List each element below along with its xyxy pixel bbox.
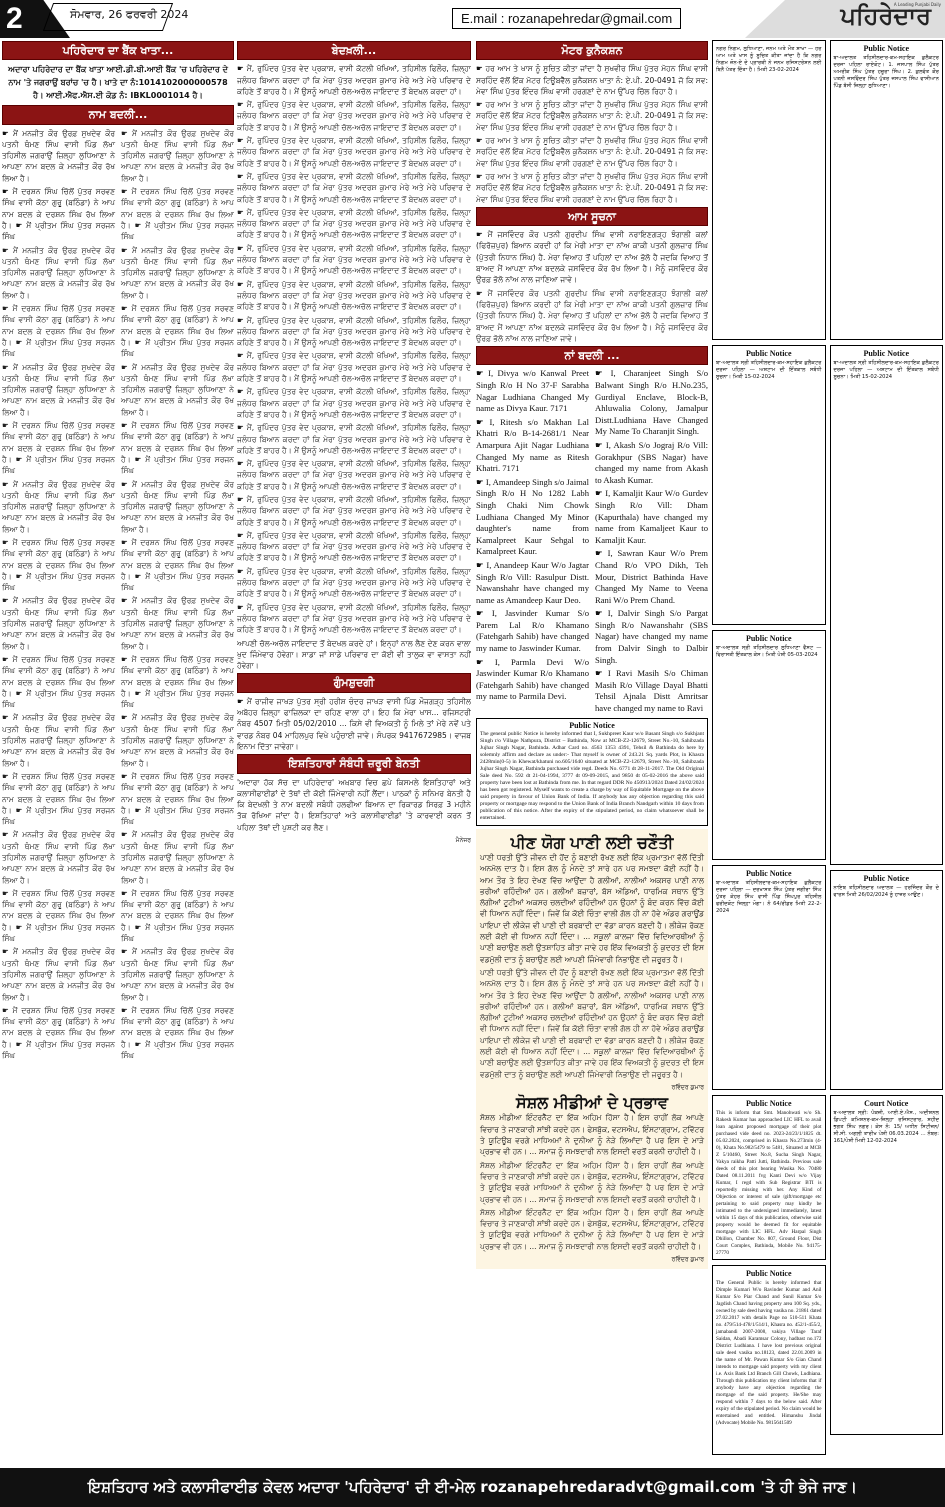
meter-connection-text: ☛ ਹਰ ਆਮ ਤੇ ਖਾਸ ਨੂੰ ਸੂਚਿਤ ਕੀਤਾ ਜਾਂਦਾ ਹੈ ਸ…	[476, 99, 708, 133]
meter-connection-text: ☛ ਹਰ ਆਮ ਤੇ ਖਾਸ ਨੂੰ ਸੂਚਿਤ ਕੀਤਾ ਜਾਂਦਾ ਹੈ ਸ…	[476, 63, 708, 97]
list-item: ☛ ਮੈਂ ਦਰਸ਼ਨ ਸਿੰਘ ਚਿੱਲੋਂ ਪੁੱਤਰ ਸਰਵਣ ਸਿੰਘ …	[2, 186, 115, 242]
ads-request-heading: ਇਸ਼ਤਿਹਾਰਾਂ ਸੰਬੰਧੀ ਜ਼ਰੂਰੀ ਬੇਨਤੀ	[237, 754, 471, 773]
eviction-heading: ਬੇਦਖ਼ਲੀ...	[237, 41, 471, 60]
public-info-heading: ਆਮ ਸੂਚਨਾ	[476, 207, 708, 226]
bank-account-heading: ਪਹਿਰੇਦਾਰ ਦਾ ਬੈਂਕ ਖਾਤਾ...	[2, 41, 234, 60]
eviction-notice: ☛ ਮੈਂ, ਰੁਪਿੰਦਰ ਪੁੱਤਰ ਵੇਦ ਪ੍ਰਕਾਸ਼, ਵਾਸੀ ਕ…	[237, 99, 471, 133]
list-item: ☛ I, Akash S/o Jograj R/o Vill: Gorakhpu…	[595, 440, 708, 486]
list-item: ☛ ਮੈਂ ਮਨਜੀਤ ਕੌਰ ਉਰਫ਼ ਸੁਖਦੇਵ ਕੌਰ ਪਤਨੀ ਥੰਮ…	[2, 479, 115, 535]
eviction-notice: ☛ ਮੈਂ, ਰੁਪਿੰਦਰ ਪੁੱਤਰ ਵੇਦ ਪ੍ਰਕਾਸ਼, ਵਾਸੀ ਕ…	[237, 494, 471, 528]
eviction-notice: ☛ ਮੈਂ, ਰੁਪਿੰਦਰ ਪੁੱਤਰ ਵੇਦ ਪ੍ਰਕਾਸ਼, ਵਾਸੀ ਕ…	[237, 279, 471, 313]
article-author: ਰਵਿੰਦਰ ਕੁਮਾਰ	[480, 1082, 704, 1093]
bank-account-text: ਅਦਾਰਾ ਪਹਿਰੇਦਾਰ ਦਾ ਬੈਂਕ ਖਾਤਾ ਆਈ.ਡੀ.ਬੀ.ਆਈ …	[2, 63, 234, 102]
list-item: ☛ ਮੈਂ ਮਨਜੀਤ ਕੌਰ ਉਰਫ਼ ਸੁਖਦੇਵ ਕੌਰ ਪਤਨੀ ਥੰਮ…	[2, 245, 115, 301]
contact-email: E.mail : rozanapehredar@gmail.com	[452, 8, 681, 29]
article-body: ਪਾਣੀ ਧਰਤੀ ਉੱਤੇ ਜੀਵਨ ਦੀ ਹੋਂਦ ਨੂੰ ਬਣਾਈ ਰੱਖ…	[480, 852, 704, 965]
column-3: ਮੋਟਰ ਕੁਨੈਕਸ਼ਨ ☛ ਹਰ ਆਮ ਤੇ ਖਾਸ ਨੂੰ ਸੂਚਿਤ ਕ…	[476, 40, 708, 1460]
notice-box: Public Noticeਬਾ-ਅਦਾਲਤ ਤਹਿਸੀਲਦਾਰ-ਕਮ-ਸਹਾਇਕ…	[830, 40, 944, 340]
list-item: ☛ ਮੈਂ ਦਰਸ਼ਨ ਸਿੰਘ ਚਿੱਲੋਂ ਪੁੱਤਰ ਸਰਵਣ ਸਿੰਘ …	[2, 888, 115, 944]
notices-left: ਨਗਰ ਨਿਗਮ, ਲੁਧਿਆਣਾ, ਜਨਮ ਅਤੇ ਮੌਤ ਸ਼ਾਖਾ — ਹ…	[712, 40, 826, 1460]
ads-request-signature: ਮੈਨੇਜਰ	[237, 835, 471, 846]
list-item: ☛ I, Anandeep Kaur W/o Jagtar Singh R/o …	[476, 560, 589, 606]
article-author: ਰਵਿੰਦਰ ਕੁਮਾਰ	[480, 1254, 704, 1265]
list-item: ☛ ਮੈਂ ਦਰਸ਼ਨ ਸਿੰਘ ਚਿੱਲੋਂ ਪੁੱਤਰ ਸਰਵਣ ਸਿੰਘ …	[121, 303, 234, 359]
public-info-text: ☛ ਮੈਂ ਜਸਵਿੰਦਰ ਕੌਰ ਪਤਨੀ ਗੁਰਦੀਪ ਸਿੰਘ ਵਾਸੀ …	[476, 288, 708, 344]
list-item: ☛ ਮੈਂ ਦਰਸ਼ਨ ਸਿੰਘ ਚਿੱਲੋਂ ਪੁੱਤਰ ਸਰਵਣ ਸਿੰਘ …	[121, 420, 234, 476]
notice-box: ਨਗਰ ਨਿਗਮ, ਲੁਧਿਆਣਾ, ਜਨਮ ਅਤੇ ਮੌਤ ਸ਼ਾਖਾ — ਹ…	[712, 40, 826, 340]
list-item: ☛ ਮੈਂ ਮਨਜੀਤ ਕੌਰ ਉਰਫ਼ ਸੁਖਦੇਵ ਕੌਰ ਪਤਨੀ ਥੰਮ…	[121, 128, 234, 184]
list-item: ☛ I, Amandeep Singh s/o Jaimal Singh R/o…	[476, 477, 589, 558]
list-item: ☛ ਮੈਂ ਦਰਸ਼ਨ ਸਿੰਘ ਚਿੱਲੋਂ ਪੁੱਤਰ ਸਰਵਣ ਸਿੰਘ …	[2, 420, 115, 476]
newspaper-logo: ਪਹਿਰੇਦਾਰ A Leading Punjabi Daily	[745, 0, 945, 38]
court-notice-box: Court Noticeਬ-ਅਦਾਲਤ ਸ੍ਰੀ: ਪੰਕਜ਼ੀ, ਆਈ.ਏ.ਐ…	[830, 1095, 944, 1435]
list-item: ☛ I, Jasvinder Kumar S/o Parem Lal R/o K…	[476, 608, 589, 654]
list-item: ☛ I, Parmla Devi W/o Jaswinder Kumar R/o…	[476, 657, 589, 703]
list-item: ☛ ਮੈਂ ਮਨਜੀਤ ਕੌਰ ਉਰਫ਼ ਸੁਖਦੇਵ ਕੌਰ ਪਤਨੀ ਥੰਮ…	[121, 946, 234, 1002]
eviction-notice: ☛ ਮੈਂ, ਰੁਪਿੰਦਰ ਪੁੱਤਰ ਵੇਦ ਪ੍ਰਕਾਸ਼, ਵਾਸੀ ਕ…	[237, 350, 471, 384]
eviction-notice: ☛ ਮੈਂ, ਰੁਪਿੰਦਰ ਪੁੱਤਰ ਵੇਦ ਪ੍ਰਕਾਸ਼, ਵਾਸੀ ਕ…	[237, 386, 471, 420]
ads-request-text: 'ਅਦਾਰਾ ਹੱਕ ਸੱਚ ਦਾ ਪਹਿਰੇਦਾਰ' ਅਖ਼ਬਾਰ ਵਿਚ ਛ…	[237, 777, 471, 833]
list-item: ☛ ਮੈਂ ਮਨਜੀਤ ਕੌਰ ਉਰਫ਼ ਸੁਖਦੇਵ ਕੌਰ ਪਤਨੀ ਥੰਮ…	[2, 712, 115, 768]
meter-connection-text: ☛ ਹਰ ਆਮ ਤੇ ਖਾਸ ਨੂੰ ਸੂਚਿਤ ਕੀਤਾ ਜਾਂਦਾ ਹੈ ਸ…	[476, 135, 708, 169]
list-item: ☛ ਮੈਂ ਮਨਜੀਤ ਕੌਰ ਉਰਫ਼ ਸੁਖਦੇਵ ਕੌਰ ਪਤਨੀ ਥੰਮ…	[2, 829, 115, 885]
column-2: ਬੇਦਖ਼ਲੀ... ☛ ਮੈਂ, ਰੁਪਿੰਦਰ ਪੁੱਤਰ ਵੇਦ ਪ੍ਰਕ…	[237, 40, 471, 1460]
meter-connection-heading: ਮੋਟਰ ਕੁਨੈਕਸ਼ਨ	[476, 41, 708, 60]
eviction-notice: ☛ ਮੈਂ, ਰੁਪਿੰਦਰ ਪੁੱਤਰ ਵੇਦ ਪ੍ਰਕਾਸ਼, ਵਾਸੀ ਕ…	[237, 458, 471, 492]
notice-box: Public Noticeਬਾ-ਅਦਾਲਤ ਸ੍ਰੀ ਤਹਿਸੀਲਦਾਰ ਲੁਧ…	[712, 630, 826, 860]
list-item: ☛ I, Kamaljit Kaur W/o Gurdev Singh R/o …	[595, 488, 708, 546]
eviction-notice: ☛ ਮੈਂ, ਰੁਪਿੰਦਰ ਪੁੱਤਰ ਵੇਦ ਪ੍ਰਕਾਸ਼, ਵਾਸੀ ਕ…	[237, 135, 471, 169]
list-item: ☛ I, Ritesh s/o Makhan Lal Khatri R/o B-…	[476, 417, 589, 475]
list-item: ☛ I Ravi Masih S/o Chiman Masih R/o Vill…	[595, 668, 708, 714]
list-item: ☛ ਮੈਂ ਦਰਸ਼ਨ ਸਿੰਘ ਚਿੱਲੋਂ ਪੁੱਤਰ ਸਰਵਣ ਸਿੰਘ …	[121, 1005, 234, 1061]
list-item: ☛ ਮੈਂ ਮਨਜੀਤ ਕੌਰ ਉਰਫ਼ ਸੁਖਦੇਵ ਕੌਰ ਪਤਨੀ ਥੰਮ…	[121, 595, 234, 651]
list-item: ☛ ਮੈਂ ਮਨਜੀਤ ਕੌਰ ਉਰਫ਼ ਸੁਖਦੇਵ ਕੌਰ ਪਤਨੀ ਥੰਮ…	[2, 595, 115, 651]
public-notice-box: Public Notice The general public Notice …	[476, 718, 708, 826]
missing-notice: ☛ ਮੈਂ ਰਾਜੀਵ ਜਾਖੜ ਪੁੱਤਰ ਸ੍ਰੀ ਹਰੀਸ਼ ਚੰਦਰ ਜ…	[237, 696, 471, 752]
list-item: ☛ ਮੈਂ ਮਨਜੀਤ ਕੌਰ ਉਰਫ਼ ਸੁਖਦੇਵ ਕੌਰ ਪਤਨੀ ਥੰਮ…	[121, 245, 234, 301]
article-title: ਪੀਣ ਯੋਗ ਪਾਣੀ ਲਈ ਚਣੌਤੀ	[480, 837, 704, 848]
notice-box: Public Noticeਬਾ-ਅਦਾਲਤ ਸ੍ਰੀ ਤਹਿਸੀਲਦਾਰ-ਕਮ-…	[712, 345, 826, 625]
list-item: ☛ ਮੈਂ ਦਰਸ਼ਨ ਸਿੰਘ ਚਿੱਲੋਂ ਪੁੱਤਰ ਸਰਵਣ ਸਿੰਘ …	[2, 654, 115, 710]
list-item: ☛ ਮੈਂ ਦਰਸ਼ਨ ਸਿੰਘ ਚਿੱਲੋਂ ਪੁੱਤਰ ਸਰਵਣ ਸਿੰਘ …	[2, 303, 115, 359]
article-title: ਸੋਸ਼ਲ ਮੀਡੀਆਂ ਦੇ ਪ੍ਰਭਾਵ	[480, 1097, 704, 1108]
eviction-notice: ☛ ਮੈਂ, ਰੁਪਿੰਦਰ ਪੁੱਤਰ ਵੇਦ ਪ੍ਰਕਾਸ਼, ਵਾਸੀ ਕ…	[237, 566, 471, 600]
eviction-notice: ☛ ਮੈਂ, ਰੁਪਿੰਦਰ ਪੁੱਤਰ ਵੇਦ ਪ੍ਰਕਾਸ਼, ਵਾਸੀ ਕ…	[237, 207, 471, 241]
list-item: ☛ ਮੈਂ ਮਨਜੀਤ ਕੌਰ ਉਰਫ਼ ਸੁਖਦੇਵ ਕੌਰ ਪਤਨੀ ਥੰਮ…	[121, 362, 234, 418]
masthead: 2 ਸੋਮਵਾਰ, 26 ਫਰਵਰੀ 2024 E.mail : rozanap…	[0, 0, 945, 38]
eviction-notice: ☛ ਮੈਂ, ਰੁਪਿੰਦਰ ਪੁੱਤਰ ਵੇਦ ਪ੍ਰਕਾਸ਼, ਵਾਸੀ ਕ…	[237, 530, 471, 564]
column-1: ਪਹਿਰੇਦਾਰ ਦਾ ਬੈਂਕ ਖਾਤਾ... ਅਦਾਰਾ ਪਹਿਰੇਦਾਰ …	[2, 40, 234, 1460]
article-body: ਸੋਸ਼ਲ ਮੀਡੀਆ ਇੰਟਰਨੈੱਟ ਦਾ ਇੱਕ ਅਹਿਮ ਹਿੱਸਾ ਹ…	[480, 1112, 704, 1157]
list-item: ☛ I, Dalvir Singh S/o Pargat Singh R/o N…	[595, 608, 708, 666]
list-item: ☛ ਮੈਂ ਮਨਜੀਤ ਕੌਰ ਉਰਫ਼ ਸੁਖਦੇਵ ਕੌਰ ਪਤਨੀ ਥੰਮ…	[2, 128, 115, 184]
eviction-notice: ☛ ਮੈਂ, ਰੁਪਿੰਦਰ ਪੁੱਤਰ ਵੇਦ ਪ੍ਰਕਾਸ਼, ਵਾਸੀ ਕ…	[237, 63, 471, 97]
column-4: ਨਗਰ ਨਿਗਮ, ਲੁਧਿਆਣਾ, ਜਨਮ ਅਤੇ ਮੌਤ ਸ਼ਾਖਾ — ਹ…	[712, 40, 943, 1460]
list-item: ☛ ਮੈਂ ਦਰਸ਼ਨ ਸਿੰਘ ਚਿੱਲੋਂ ਪੁੱਤਰ ਸਰਵਣ ਸਿੰਘ …	[121, 888, 234, 944]
name-change-en-list: ☛ I, Divya w/o Kanwal Preet Singh R/o H …	[476, 368, 708, 714]
article-body: ਪਾਣੀ ਧਰਤੀ ਉੱਤੇ ਜੀਵਨ ਦੀ ਹੋਂਦ ਨੂੰ ਬਣਾਈ ਰੱਖ…	[480, 967, 704, 1080]
list-item: ☛ ਮੈਂ ਦਰਸ਼ਨ ਸਿੰਘ ਚਿੱਲੋਂ ਪੁੱਤਰ ਸਰਵਣ ਸਿੰਘ …	[121, 654, 234, 710]
list-item: ☛ ਮੈਂ ਦਰਸ਼ਨ ਸਿੰਘ ਚਿੱਲੋਂ ਪੁੱਤਰ ਸਰਵਣ ਸਿੰਘ …	[2, 771, 115, 827]
public-info-text: ☛ ਮੈਂ ਜਸਵਿੰਦਰ ਕੌਰ ਪਤਨੀ ਗੁਰਦੀਪ ਸਿੰਘ ਵਾਸੀ …	[476, 229, 708, 285]
list-item: ☛ ਮੈਂ ਮਨਜੀਤ ਕੌਰ ਉਰਫ਼ ਸੁਖਦੇਵ ਕੌਰ ਪਤਨੀ ਥੰਮ…	[2, 362, 115, 418]
article-body: ਸੋਸ਼ਲ ਮੀਡੀਆ ਇੰਟਰਨੈੱਟ ਦਾ ਇੱਕ ਅਹਿਮ ਹਿੱਸਾ ਹ…	[480, 1207, 704, 1252]
notice-box: Public NoticeThis is inform that Smt. Ma…	[712, 1095, 826, 1260]
logo-tagline: A Leading Punjabi Daily	[894, 2, 941, 7]
list-item: ☛ ਮੈਂ ਮਨਜੀਤ ਕੌਰ ਉਰਫ਼ ਸੁਖਦੇਵ ਕੌਰ ਪਤਨੀ ਥੰਮ…	[2, 946, 115, 1002]
name-change-heading: ਨਾਮ ਬਦਲੀ...	[2, 105, 234, 124]
notice-box: Public Noticeਬਾ-ਅਦਾਲਤ ਸ੍ਰੀ ਤਹਿਸੀਲਦਾਰ-ਕਮ-…	[830, 345, 944, 865]
meter-connection-text: ☛ ਹਰ ਆਮ ਤੇ ਖਾਸ ਨੂੰ ਸੂਚਿਤ ਕੀਤਾ ਜਾਂਦਾ ਹੈ ਸ…	[476, 171, 708, 205]
article-drinking-water: ਪੀਣ ਯੋਗ ਪਾਣੀ ਲਈ ਚਣੌਤੀ ਪਾਣੀ ਧਰਤੀ ਉੱਤੇ ਜੀਵ…	[476, 829, 708, 1270]
list-item: ☛ ਮੈਂ ਮਨਜੀਤ ਕੌਰ ਉਰਫ਼ ਸੁਖਦੇਵ ਕੌਰ ਪਤਨੀ ਥੰਮ…	[121, 712, 234, 768]
list-item: ☛ ਮੈਂ ਦਰਸ਼ਨ ਸਿੰਘ ਚਿੱਲੋਂ ਪੁੱਤਰ ਸਰਵਣ ਸਿੰਘ …	[2, 537, 115, 593]
notice-box: Public Noticeਬਾ-ਅਦਾਲਤ ਤਹਿਸੀਲਦਾਰ-ਕਮ-ਸਹਾਇਕ…	[712, 865, 826, 1090]
list-item: ☛ I, Divya w/o Kanwal Preet Singh R/o H …	[476, 368, 589, 414]
list-item: ☛ ਮੈਂ ਦਰਸ਼ਨ ਸਿੰਘ ਚਿੱਲੋਂ ਪੁੱਤਰ ਸਰਵਣ ਸਿੰਘ …	[2, 1005, 115, 1061]
footer-banner: ਇਸ਼ਤਿਹਾਰ ਅਤੇ ਕਲਾਸੀਫਾਈਡ ਕੇਵਲ ਅਦਾਰਾ 'ਪਹਿਰੇ…	[0, 1468, 945, 1507]
article-body: ਸੋਸ਼ਲ ਮੀਡੀਆ ਇੰਟਰਨੈੱਟ ਦਾ ਇੱਕ ਅਹਿਮ ਹਿੱਸਾ ਹ…	[480, 1160, 704, 1205]
eviction-notice: ☛ ਮੈਂ, ਰੁਪਿੰਦਰ ਪੁੱਤਰ ਵੇਦ ਪ੍ਰਕਾਸ਼, ਵਾਸੀ ਕ…	[237, 422, 471, 456]
notice-box: Public Noticeਨਾਇਬ ਤਹਿਸੀਲਦਾਰ ਅਦਾਲਤ — ਹਰਜਿ…	[830, 870, 944, 1090]
eviction-notice: ☛ ਮੈਂ, ਰੁਪਿੰਦਰ ਪੁੱਤਰ ਵੇਦ ਪ੍ਰਕਾਸ਼, ਵਾਸੀ ਕ…	[237, 315, 471, 349]
list-item: ☛ I, Sawran Kaur W/o Prem Chand R/o VPO …	[595, 548, 708, 606]
public-notice-title: Public Notice	[480, 722, 704, 729]
missing-heading: ਗੁੰਮਸ਼ੁਦਗੀ	[237, 673, 471, 692]
issue-date: ਸੋਮਵਾਰ, 26 ਫਰਵਰੀ 2024	[70, 8, 188, 22]
list-item: ☛ I, Charanjeet Singh S/o Balwant Singh …	[595, 368, 708, 438]
list-item: ☛ ਮੈਂ ਦਰਸ਼ਨ ਸਿੰਘ ਚਿੱਲੋਂ ਪੁੱਤਰ ਸਰਵਣ ਸਿੰਘ …	[121, 771, 234, 827]
list-item: ☛ ਮੈਂ ਮਨਜੀਤ ਕੌਰ ਉਰਫ਼ ਸੁਖਦੇਵ ਕੌਰ ਪਤਨੀ ਥੰਮ…	[121, 479, 234, 535]
legal-notices-grid: ਨਗਰ ਨਿਗਮ, ਲੁਧਿਆਣਾ, ਜਨਮ ਅਤੇ ਮੌਤ ਸ਼ਾਖਾ — ਹ…	[712, 40, 943, 1460]
public-notice-text: The general public Notice is hereby info…	[480, 731, 704, 822]
list-item: ☛ ਮੈਂ ਦਰਸ਼ਨ ਸਿੰਘ ਚਿੱਲੋਂ ਪੁੱਤਰ ਸਰਵਣ ਸਿੰਘ …	[121, 537, 234, 593]
eviction-notice-tail: ਆਪਣੀ ਚੱਲ-ਅਚੱਲ ਜਾਇਦਾਦ ਤੋਂ ਬੇਦਖਲ ਕਰਦੇ ਹਾਂ।…	[237, 638, 471, 672]
eviction-notice: ☛ ਮੈਂ, ਰੁਪਿੰਦਰ ਪੁੱਤਰ ਵੇਦ ਪ੍ਰਕਾਸ਼, ਵਾਸੀ ਕ…	[237, 602, 471, 636]
name-change-list: ☛ ਮੈਂ ਮਨਜੀਤ ਕੌਰ ਉਰਫ਼ ਸੁਖਦੇਵ ਕੌਰ ਪਤਨੀ ਥੰਮ…	[2, 128, 234, 1064]
list-item: ☛ ਮੈਂ ਮਨਜੀਤ ਕੌਰ ਉਰਫ਼ ਸੁਖਦੇਵ ਕੌਰ ਪਤਨੀ ਥੰਮ…	[121, 829, 234, 885]
eviction-notice: ☛ ਮੈਂ, ਰੁਪਿੰਦਰ ਪੁੱਤਰ ਵੇਦ ਪ੍ਰਕਾਸ਼, ਵਾਸੀ ਕ…	[237, 171, 471, 205]
eviction-notice: ☛ ਮੈਂ, ਰੁਪਿੰਦਰ ਪੁੱਤਰ ਵੇਦ ਪ੍ਰਕਾਸ਼, ਵਾਸੀ ਕ…	[237, 243, 471, 277]
list-item: ☛ ਮੈਂ ਦਰਸ਼ਨ ਸਿੰਘ ਚਿੱਲੋਂ ਪੁੱਤਰ ਸਰਵਣ ਸਿੰਘ …	[121, 186, 234, 242]
notices-right: Public Noticeਬਾ-ਅਦਾਲਤ ਤਹਿਸੀਲਦਾਰ-ਕਮ-ਸਹਾਇਕ…	[830, 40, 944, 1460]
notice-box: Public NoticeThe General Public is hereb…	[712, 1265, 826, 1455]
name-change-en-heading: ਨਾਂ ਬਦਲੀ ...	[476, 346, 708, 365]
